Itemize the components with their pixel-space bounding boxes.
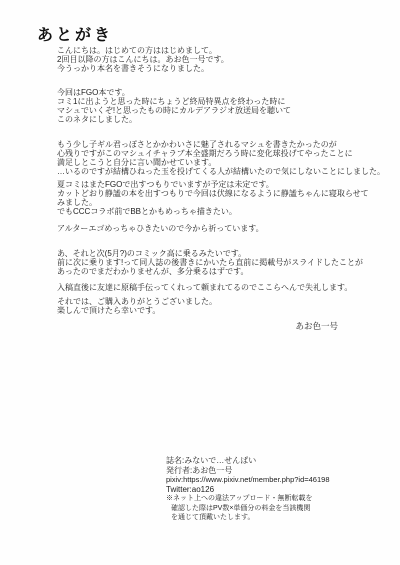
paragraph-nyuko: 入稿直後に友達に原稿手伝ってくれって頼まれてるのでここらへんで失礼します。 bbox=[57, 283, 352, 292]
text-line: 楽しんで頂けたら幸いです。 bbox=[57, 306, 217, 315]
copyright-notice-line: ※ネット上への違法アップロード・無断転載を bbox=[166, 494, 330, 504]
colophon: 誌名:みないで…せんぱい 発行者:あお色一号 pixiv:https://www… bbox=[166, 456, 330, 523]
booklet-title-line: 誌名:みないで…せんぱい bbox=[166, 456, 330, 466]
text-line: …いるのですが結構ひねった玉を投げてくる人が結構いたので気にしないことにしました… bbox=[57, 167, 385, 176]
paragraph-alterego: アルターエゴめっちゃひきたいので今から祈っています。 bbox=[57, 224, 264, 233]
text-line: 満足しとこうと自分に言い聞かせています。 bbox=[57, 158, 385, 167]
text-line: アルターエゴめっちゃひきたいので今から祈っています。 bbox=[57, 224, 264, 233]
paragraph-fgo: 今回はFGO本です。 コミ1に出ようと思った時にちょうど終局特異点を終わった時に… bbox=[57, 88, 291, 124]
text-line: 心残りですがこのマシュイチャラブ本全盛期だろう時に変化球投げてやったことに bbox=[57, 149, 385, 158]
text-line: 前に次に乗ります!って同人誌の後書きにかいたら直前に掲載号がスライドしたことが bbox=[57, 258, 363, 267]
text-line: 入稿直後に友達に原稿手伝ってくれって頼まれてるのでここらへんで失礼します。 bbox=[57, 283, 352, 292]
text-line: マシュでいくぞ!と思ったもの時にカルデアラジオ放送局を聴いて bbox=[57, 106, 291, 115]
text-line: 2回目以降の方はこんにちは。あお色一号です。 bbox=[57, 55, 229, 64]
page-title: あとがき bbox=[37, 22, 113, 45]
text-line: でもCCCコラボ前でBBとかもめっちゃ描きたい。 bbox=[57, 207, 369, 216]
text-line: あ、それと次(5月?)のコミック高に乗るみたいです。 bbox=[57, 249, 363, 258]
text-line: もう少し子ギル君っぽさとかかわいさに魅了されるマシュを書きたかったのが bbox=[57, 140, 385, 149]
text-line: カットどおり静謐の本を出すつもりで今回は伏線になるように静謐ちゃんに寝取らせて bbox=[57, 189, 369, 198]
afterword-page: あとがき こんにちは。はじめての方ははじめまして。 2回目以降の方はこんにちは。… bbox=[0, 0, 400, 565]
text-line: みました。 bbox=[57, 198, 369, 207]
pixiv-url-line: pixiv:https://www.pixiv.net/member.php?i… bbox=[166, 475, 330, 485]
text-line: あったのでまだわかりませんが、多分乗るはずです。 bbox=[57, 267, 363, 276]
text-line: 夏コミはまたFGOで出すつもりでいますが予定は未定です。 bbox=[57, 180, 369, 189]
text-line: コミ1に出ようと思った時にちょうど終局特異点を終わった時に bbox=[57, 97, 291, 106]
paragraph-thanks: それでは、ご購入ありがとうございました。 楽しんで頂けたら幸いです。 bbox=[57, 297, 217, 315]
paragraph-greeting: こんにちは。はじめての方ははじめまして。 2回目以降の方はこんにちは。あお色一号… bbox=[57, 46, 229, 73]
text-line: 今うっかり本名を書きそうになりました。 bbox=[57, 64, 229, 73]
copyright-notice-line: 確認した際はPV数×単価分の料金を当該機関 bbox=[166, 504, 330, 514]
publisher-line: 発行者:あお色一号 bbox=[166, 466, 330, 476]
paragraph-natsucomi: 夏コミはまたFGOで出すつもりでいますが予定は未定です。 カットどおり静謐の本を… bbox=[57, 180, 369, 216]
copyright-notice-line: を通じて頂戴いたします。 bbox=[166, 513, 330, 523]
paragraph-mashu: もう少し子ギル君っぽさとかかわいさに魅了されるマシュを書きたかったのが 心残りで… bbox=[57, 140, 385, 176]
author-signature: あお色一号 bbox=[248, 320, 338, 332]
paragraph-comic: あ、それと次(5月?)のコミック高に乗るみたいです。 前に次に乗ります!って同人… bbox=[57, 249, 363, 276]
text-line: こんにちは。はじめての方ははじめまして。 bbox=[57, 46, 229, 55]
twitter-line: Twitter:ao126 bbox=[166, 485, 330, 495]
text-line: 今回はFGO本です。 bbox=[57, 88, 291, 97]
text-line: このネタにしました。 bbox=[57, 115, 291, 124]
text-line: それでは、ご購入ありがとうございました。 bbox=[57, 297, 217, 306]
